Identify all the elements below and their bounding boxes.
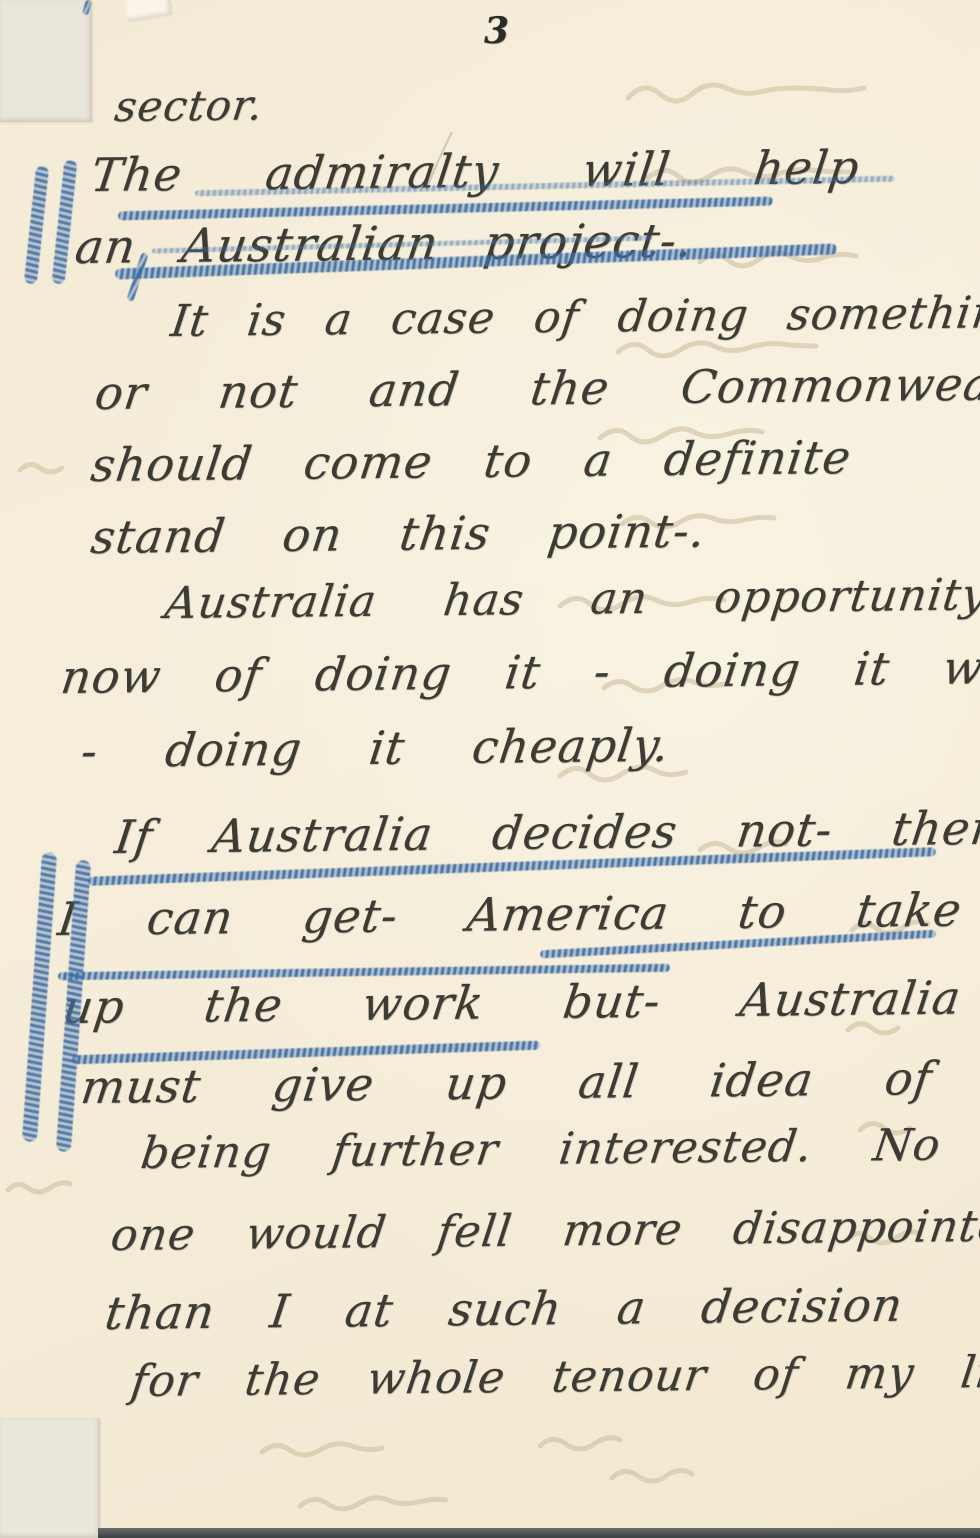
manuscript-line: for the whole tenour of my life: [128, 1347, 980, 1407]
page-number: 3: [484, 10, 509, 52]
manuscript-page: 3 sector. The admiralty will help an Aus…: [0, 0, 980, 1538]
manuscript-line: than I at such a decision: [102, 1278, 906, 1340]
blue-margin-mark-2a: [22, 852, 57, 1142]
manuscript-line: It is a case of doing something: [168, 287, 980, 347]
manuscript-line: up the work but- Australia: [60, 971, 964, 1034]
manuscript-line: - doing it cheaply.: [78, 718, 673, 778]
manuscript-line: stand on this point-.: [88, 504, 709, 564]
tape-patch-top-left: [0, 0, 92, 122]
tape-patch-bottom-left: [0, 1418, 100, 1538]
manuscript-line: one would fell more disappointed: [108, 1200, 980, 1261]
manuscript-line: or not and the Commonwealth: [92, 356, 980, 420]
manuscript-line: sector.: [112, 80, 267, 131]
manuscript-line: should come to a definite: [88, 430, 855, 492]
blue-margin-mark-1a: [24, 166, 49, 285]
manuscript-line: must give up all idea of: [78, 1051, 935, 1114]
scan-edge-strip: [98, 1528, 980, 1538]
paper-sliver-top: [124, 0, 172, 21]
manuscript-line: now of doing it - doing it well: [58, 640, 980, 704]
manuscript-line: being further interested. No: [138, 1120, 944, 1179]
manuscript-line: Australia has an opportunity: [162, 569, 980, 629]
